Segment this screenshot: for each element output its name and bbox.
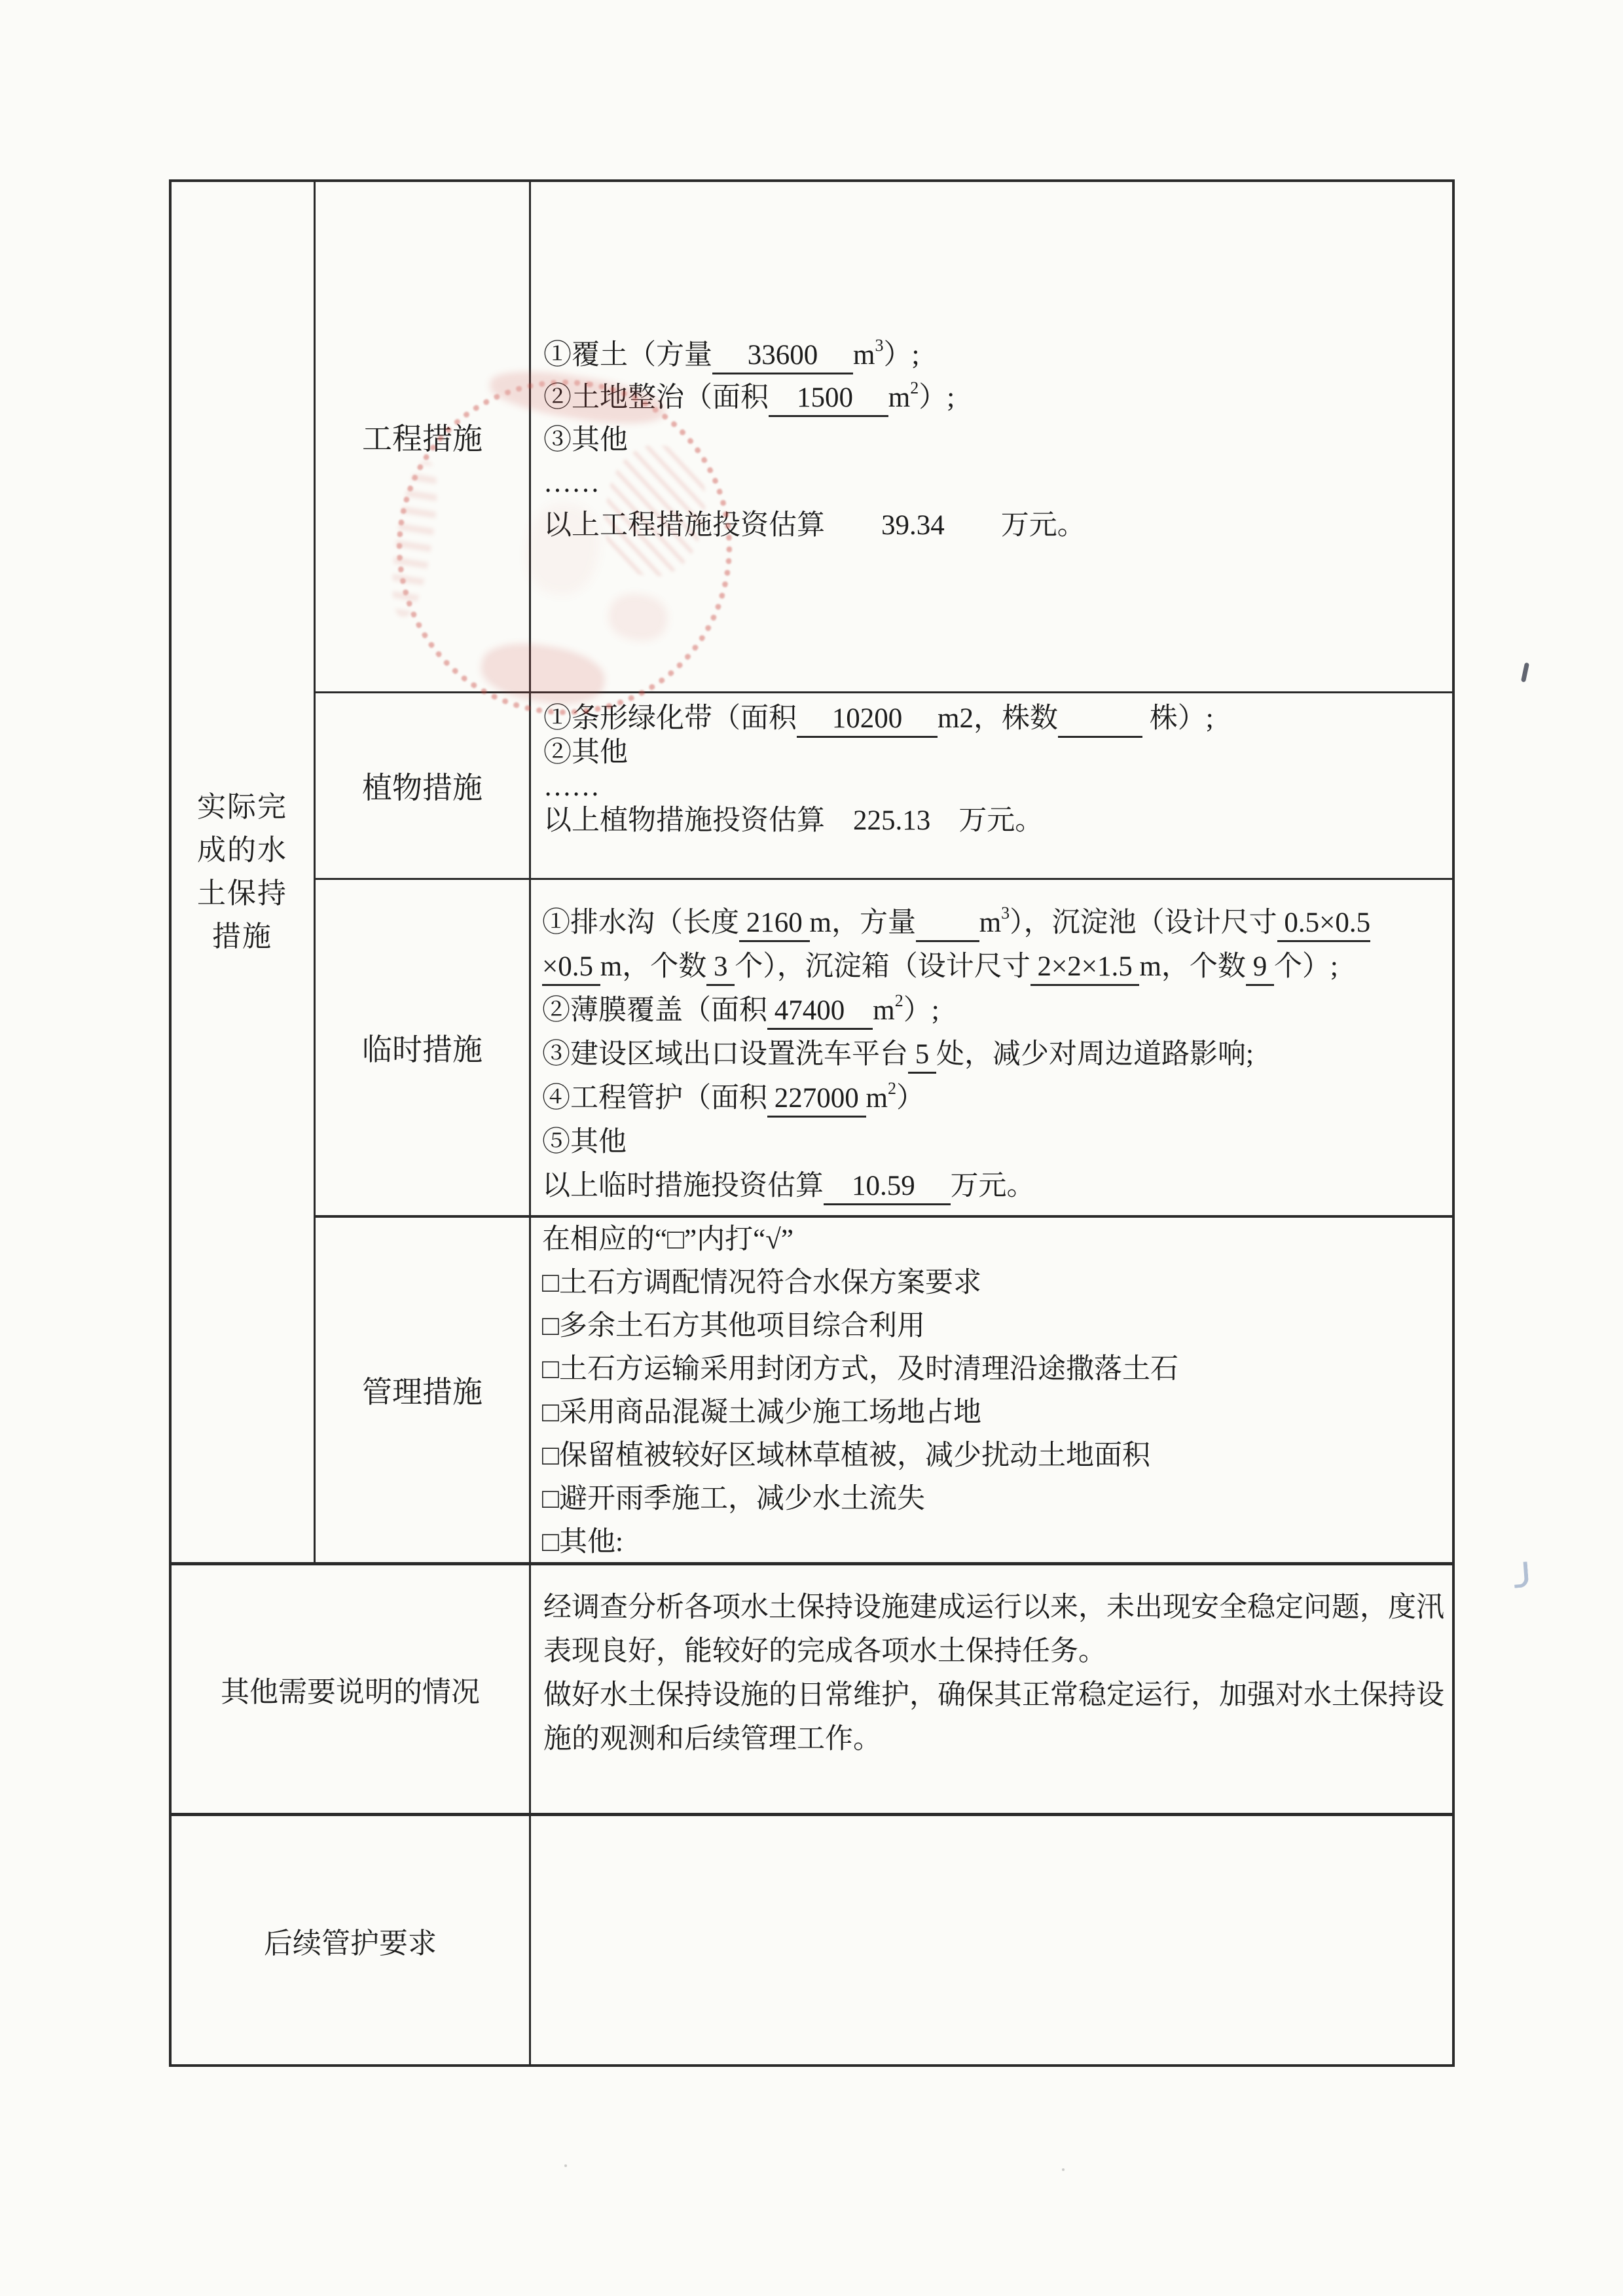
management-label-text: 管理措施 (362, 1368, 483, 1412)
seal-smudge (520, 498, 606, 600)
content-line: ②薄膜覆盖（面积 47400 m2）; (542, 989, 1370, 1032)
followup-care-label: 后续管护要求 (172, 1816, 529, 2064)
content-line: □多余土石方其他项目综合利用 (542, 1305, 1178, 1348)
content-line: …… (543, 770, 1214, 804)
scan-speck (564, 2164, 567, 2167)
seal-smudge (606, 590, 671, 644)
scan-speck (1062, 2168, 1065, 2171)
content-line: 经调查分析各项水土保持设施建成运行以来，未出现安全稳定问题，度汛 (543, 1586, 1444, 1630)
content-line: ②其他 (543, 736, 1214, 770)
content-line: □土石方调配情况符合水保方案要求 (542, 1262, 1178, 1305)
content-line: ①覆土（方量 33600 m3）; (543, 334, 1085, 376)
measure-label-management: 管理措施 (316, 1218, 529, 1562)
content-line: □避开雨季施工，减少水土流失 (542, 1478, 1178, 1521)
content-line: □其他: (542, 1521, 1178, 1564)
scan-artifact-mark (1521, 663, 1529, 683)
followup-care-label-text: 后续管护要求 (264, 1920, 437, 1961)
content-line: ③建设区域出口设置洗车平台 5 处，减少对周边道路影响; (542, 1032, 1370, 1076)
scanned-form-page: { "document": { "col1_label": "实际完成的水土保持… (0, 0, 1623, 2296)
other-notes-content: 经调查分析各项水土保持设施建成运行以来，未出现安全稳定问题，度汛表现良好，能较好… (543, 1586, 1444, 1761)
plant-measures-content: ①条形绿化带（面积 10200 m2，株数 株）;②其他……以上植物措施投资估算… (543, 702, 1214, 838)
content-line: ①条形绿化带（面积 10200 m2，株数 株）; (543, 702, 1214, 736)
content-line: ⑤其他 (542, 1120, 1370, 1164)
other-notes-label-text: 其他需要说明的情况 (221, 1668, 480, 1710)
content-line: 做好水土保持设施的日常维护，确保其正常稳定运行，加强对水土保持设 (543, 1673, 1444, 1717)
content-line: □土石方运输采用封闭方式，及时清理沿途撒落土石 (542, 1348, 1178, 1391)
content-line: □保留植被较好区域林草植被，减少扰动土地面积 (542, 1434, 1178, 1478)
seal-smudge (596, 438, 714, 583)
content-line: 以上临时措施投资估算 10.59 万元。 (542, 1164, 1370, 1208)
content-line: 在相应的“□”内打“√” (542, 1218, 1178, 1262)
scan-artifact-mark (1513, 1561, 1529, 1588)
content-line: ×0.5 m，个数 3 个），沉淀箱（设计尺寸 2×2×1.5 m，个数 9 个… (542, 945, 1370, 989)
temporary-label-text: 临时措施 (362, 1026, 483, 1069)
other-notes-label: 其他需要说明的情况 (172, 1565, 529, 1813)
content-line: 施的观测和后续管理工作。 (543, 1717, 1444, 1761)
temporary-measures-content: ①排水沟（长度 2160 m，方量 m3），沉淀池（设计尺寸 0.5×0.5×0… (542, 901, 1370, 1208)
content-line: ①排水沟（长度 2160 m，方量 m3），沉淀池（设计尺寸 0.5×0.5 (542, 901, 1370, 945)
content-line: 以上植物措施投资估算 225.13 万元。 (543, 804, 1214, 838)
row-group-label-completed-measures: 实际完成的水土保持措施 (172, 182, 313, 1562)
plant-label-text: 植物措施 (362, 764, 483, 807)
measure-label-temporary: 临时措施 (316, 880, 529, 1215)
content-line: 表现良好，能较好的完成各项水土保持任务。 (543, 1630, 1444, 1673)
content-line: ④工程管护（面积 227000 m2） (542, 1076, 1370, 1120)
seal-smudge (477, 636, 609, 712)
measure-label-plant: 植物措施 (316, 693, 529, 878)
management-measures-content: 在相应的“□”内打“√”□土石方调配情况符合水保方案要求□多余土石方其他项目综合… (542, 1218, 1178, 1564)
row-group-label-text: 实际完成的水土保持措施 (196, 786, 289, 958)
content-line: □采用商品混凝土减少施工场地占地 (542, 1391, 1178, 1434)
